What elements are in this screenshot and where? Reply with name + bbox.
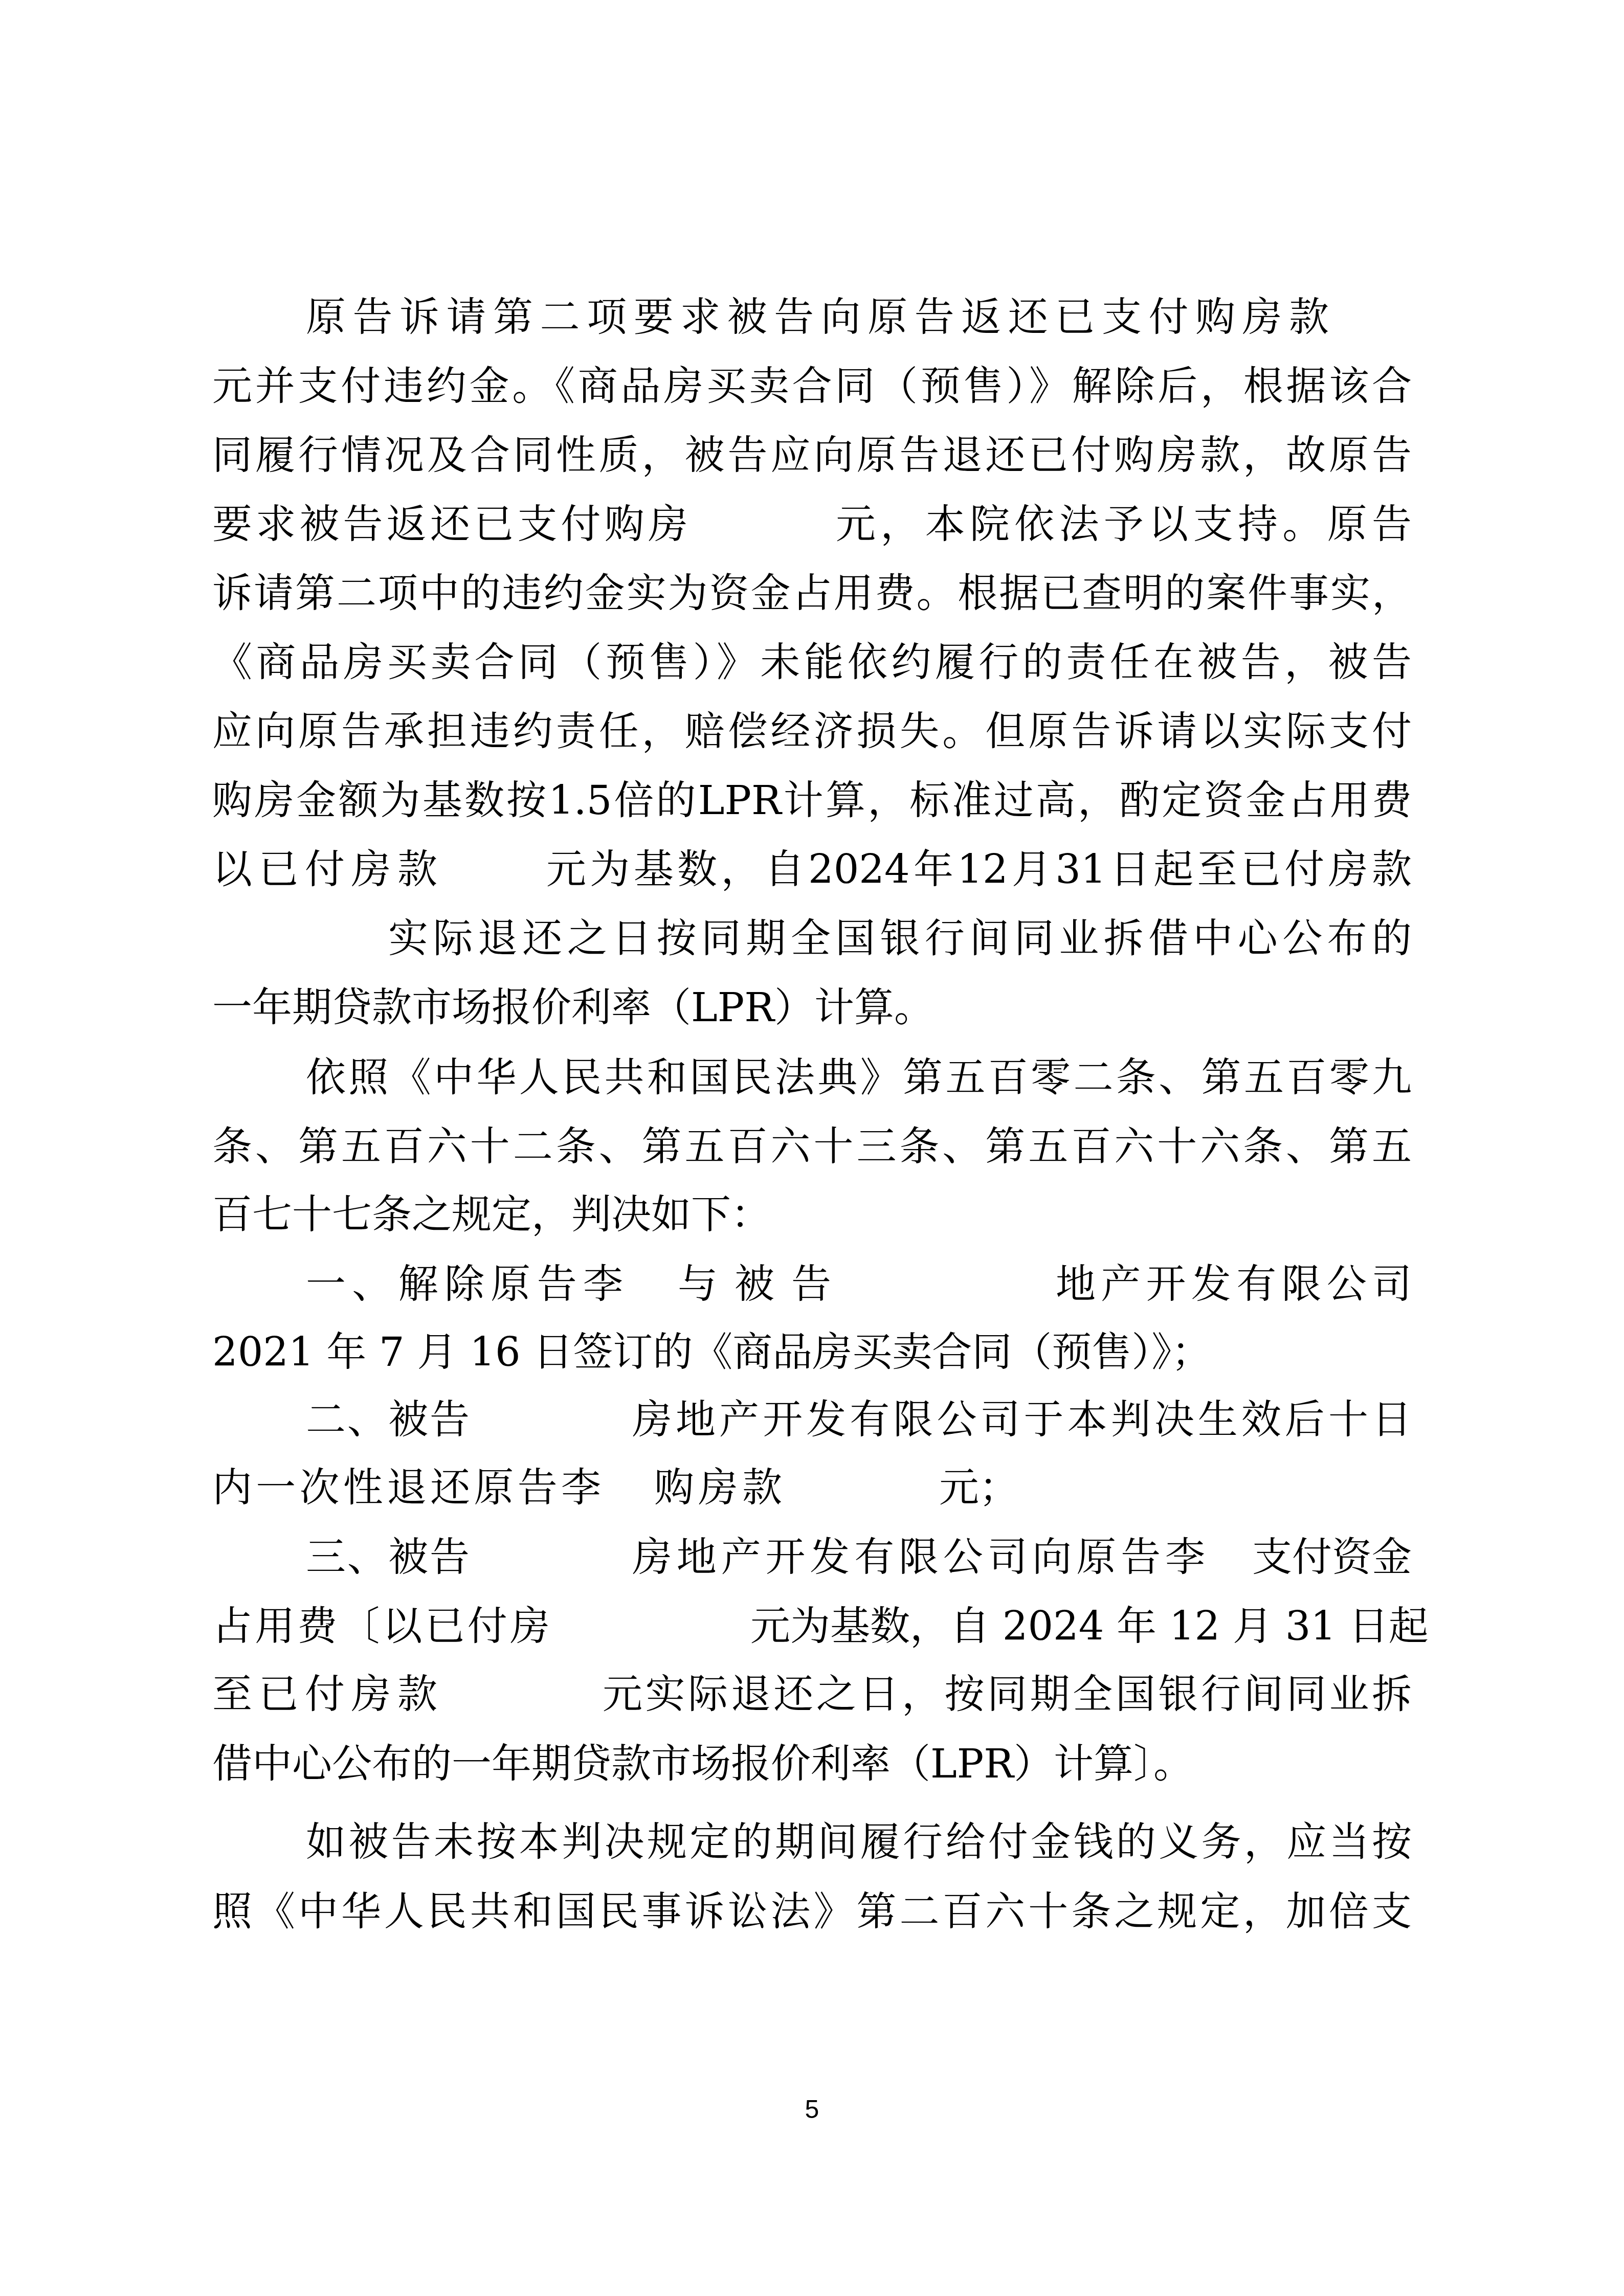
text-segment: 三、被告	[306, 1523, 470, 1592]
text-line: 购房金额为基数按1.5倍的LPR计算，标准过高，酌定资金占用费	[212, 767, 1412, 835]
text-segment: 照《中华人民共和国民事诉讼法》第二百六十条之规定，加倍支	[212, 1878, 1412, 1946]
text-segment: 房地产开发有限公司向原告李	[632, 1523, 1205, 1592]
text-line: 2021 年 7 月 16 日签订的《商品房买卖合同（预售）》；	[212, 1318, 1412, 1387]
text-line: 实际退还之日按同期全国银行间同业拆借中心公布的	[212, 905, 1412, 973]
text-segment: 购房金额为基数按1.5倍的LPR计算，标准过高，酌定资金占用费	[212, 767, 1412, 835]
text-line: 如被告未按本判决规定的期间履行给付金钱的义务，应当按	[212, 1808, 1412, 1877]
text-line: 内一次性退还原告李 购房款 元；	[212, 1454, 1412, 1522]
text-segment: 实际退还之日按同期全国银行间同业拆借中心公布的	[388, 905, 1412, 973]
text-segment: 与被告	[678, 1250, 831, 1319]
text-line: 至已付房款 元实际退还之日，按同期全国银行间同业拆	[212, 1660, 1412, 1729]
text-segment: 元为基数，自2024年12月31日起至已付房款	[546, 836, 1412, 904]
text-segment: 百七十七条之规定，判决如下：	[212, 1181, 771, 1249]
page-number: 5	[0, 2094, 1624, 2125]
text-segment: 元实际退还之日，按同期全国银行间同业拆	[603, 1660, 1412, 1729]
text-segment: 元；	[939, 1454, 1019, 1522]
text-line: 要求被告返还已支付购房 元，本院依法予以支持。原告	[212, 490, 1412, 559]
text-segment: 借中心公布的一年期贷款市场报价利率（LPR）计算〕。	[212, 1730, 1193, 1798]
text-segment: 元为基数，自 2024 年 12 月 31 日起	[750, 1592, 1412, 1661]
text-line: 一年期贷款市场报价利率（LPR）计算。	[212, 974, 1412, 1042]
text-line: 《商品房买卖合同（预售）》未能依约履行的责任在被告，被告	[212, 628, 1412, 697]
text-line: 以已付房款 元为基数，自2024年12月31日起至已付房款	[212, 836, 1412, 904]
text-segment: 条、第五百六十二条、第五百六十三条、第五百六十六条、第五	[212, 1113, 1412, 1181]
text-segment: 占用费〔以已付房	[212, 1592, 550, 1661]
judgment-item-1: 一、解除原告李 与被告 地产开发有限公司	[212, 1250, 1412, 1319]
text-segment: 一、解除原告李	[306, 1250, 623, 1319]
judgment-item-3: 三、被告 房地产开发有限公司向原告李 支付资金	[212, 1523, 1412, 1592]
text-segment: 以已付房款	[212, 836, 437, 904]
document-page: 原告诉请第二项要求被告向原告返还已支付购房款 元并支付违约金。《商品房买卖合同（…	[0, 0, 1624, 2296]
text-segment: 二、被告	[306, 1386, 470, 1454]
text-segment: 元并支付违约金。《商品房买卖合同（预售）》解除后，根据该合	[212, 352, 1412, 421]
text-segment: 一年期贷款市场报价利率（LPR）计算。	[212, 974, 934, 1042]
text-line: 占用费〔以已付房 元为基数，自 2024 年 12 月 31 日起	[212, 1592, 1412, 1661]
text-line: 百七十七条之规定，判决如下：	[212, 1181, 1412, 1249]
text-line: 应向原告承担违约责任，赔偿经济损失。但原告诉请以实际支付	[212, 697, 1412, 766]
text-line: 依照《中华人民共和国民法典》第五百零二条、第五百零九	[212, 1044, 1412, 1112]
text-line: 借中心公布的一年期贷款市场报价利率（LPR）计算〕。	[212, 1730, 1412, 1798]
text-line: 诉请第二项中的违约金实为资金占用费。根据已查明的案件事实，	[212, 559, 1412, 628]
text-segment: 支付资金	[1252, 1523, 1412, 1592]
text-segment: 内一次性退还原告李	[212, 1454, 601, 1522]
judgment-item-2: 二、被告 房地产开发有限公司于本判决生效后十日	[212, 1386, 1412, 1454]
text-segment: 购房款	[654, 1454, 782, 1522]
text-line: 原告诉请第二项要求被告向原告返还已支付购房款	[212, 283, 1412, 352]
text-line: 同履行情况及合同性质，被告应向原告退还已付购房款，故原告	[212, 421, 1412, 490]
text-segment: 如被告未按本判决规定的期间履行给付金钱的义务，应当按	[306, 1808, 1412, 1877]
text-line: 元并支付违约金。《商品房买卖合同（预售）》解除后，根据该合	[212, 352, 1412, 421]
text-segment: 应向原告承担违约责任，赔偿经济损失。但原告诉请以实际支付	[212, 697, 1412, 766]
text-segment: 原告诉请第二项要求被告向原告返还已支付购房款	[306, 283, 1329, 352]
text-segment: 元，本院依法予以支持。原告	[836, 490, 1412, 559]
text-segment: 要求被告返还已支付购房	[212, 490, 688, 559]
text-segment: 地产开发有限公司	[1056, 1250, 1412, 1319]
text-segment: 《商品房买卖合同（预售）》未能依约履行的责任在被告，被告	[212, 628, 1412, 697]
text-segment: 诉请第二项中的违约金实为资金占用费。根据已查明的案件事实，	[212, 559, 1412, 628]
text-segment: 同履行情况及合同性质，被告应向原告退还已付购房款，故原告	[212, 421, 1412, 490]
text-segment: 房地产开发有限公司于本判决生效后十日	[632, 1386, 1412, 1454]
text-segment: 依照《中华人民共和国民法典》第五百零二条、第五百零九	[306, 1044, 1412, 1112]
text-line: 条、第五百六十二条、第五百六十三条、第五百六十六条、第五	[212, 1113, 1412, 1181]
text-line: 照《中华人民共和国民事诉讼法》第二百六十条之规定，加倍支	[212, 1878, 1412, 1946]
text-segment: 至已付房款	[212, 1660, 437, 1729]
text-segment: 2021 年 7 月 16 日签订的《商品房买卖合同（预售）》；	[212, 1318, 1211, 1387]
